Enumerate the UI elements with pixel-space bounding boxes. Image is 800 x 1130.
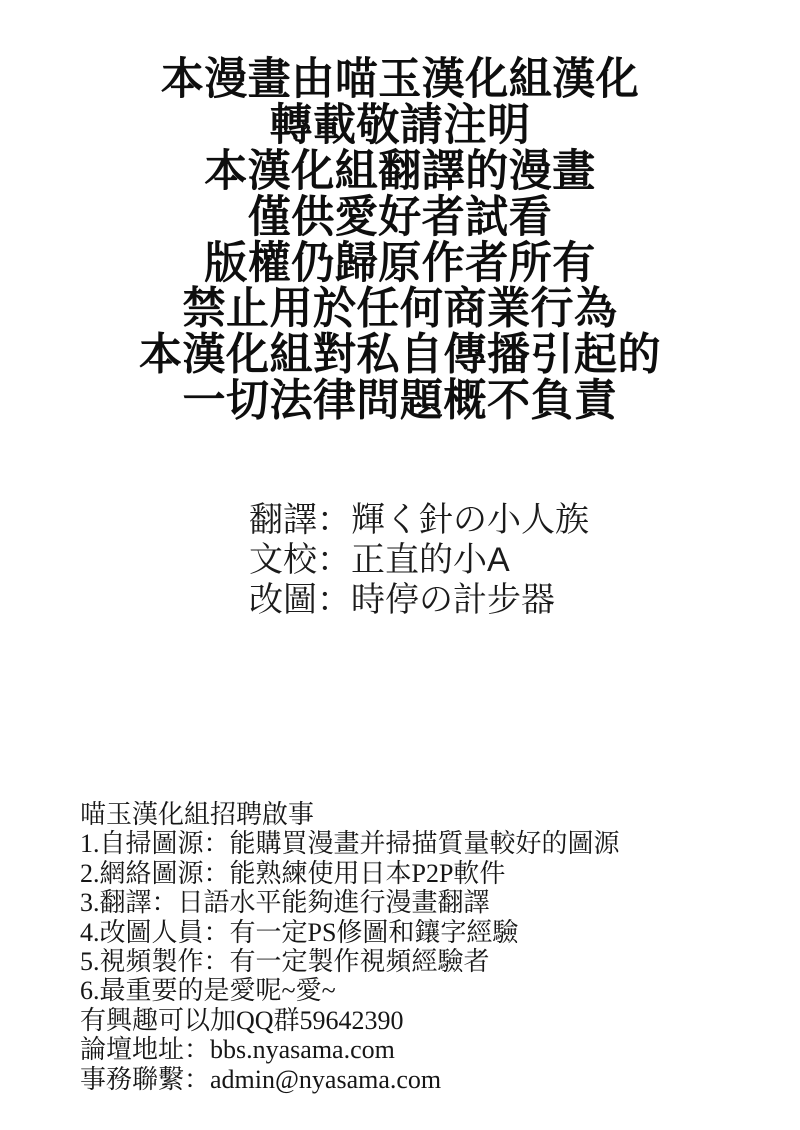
recruitment-title: 喵玉漢化組招聘啟事 bbox=[80, 800, 620, 829]
credit-line-proofreader: 文校：正直的小A bbox=[249, 540, 589, 580]
credit-line-editor: 改圖：時停の計步器 bbox=[249, 580, 589, 620]
notice-line: 一切法律問題概不負責 bbox=[0, 378, 800, 424]
recruitment-item: 2.網絡圖源：能熟練使用日本P2P軟件 bbox=[80, 859, 620, 888]
contact-forum-address: 論壇地址：bbs.nyasama.com bbox=[80, 1035, 620, 1064]
credit-line-translator: 翻譯：輝く針の小人族 bbox=[249, 500, 589, 540]
notice-line: 本漫畫由喵玉漢化組漢化 bbox=[0, 57, 800, 103]
recruitment-item: 4.改圖人員：有一定PS修圖和鑲字經驗 bbox=[80, 918, 620, 947]
notice-line: 版權仍歸原作者所有 bbox=[0, 241, 800, 287]
recruitment-item: 6.最重要的是愛呢~愛~ bbox=[80, 976, 620, 1005]
copyright-notice: 本漫畫由喵玉漢化組漢化 轉載敬請注明 本漢化組翻譯的漫畫 僅供愛好者試看 版權仍… bbox=[0, 57, 800, 424]
recruitment-item: 5.視頻製作：有一定製作視頻經驗者 bbox=[80, 947, 620, 976]
notice-line: 本漢化組對私自傳播引起的 bbox=[0, 332, 800, 378]
recruitment-item: 3.翻譯：日語水平能夠進行漫畫翻譯 bbox=[80, 888, 620, 917]
notice-line: 轉載敬請注明 bbox=[0, 103, 800, 149]
recruitment-item: 1.自掃圖源：能購買漫畫并掃描質量較好的圖源 bbox=[80, 829, 620, 858]
staff-credits: 翻譯：輝く針の小人族 文校：正直的小A 改圖：時停の計步器 bbox=[249, 500, 589, 620]
notice-line: 本漢化組翻譯的漫畫 bbox=[0, 149, 800, 195]
credits-page: 本漫畫由喵玉漢化組漢化 轉載敬請注明 本漢化組翻譯的漫畫 僅供愛好者試看 版權仍… bbox=[0, 0, 800, 1130]
contact-qq-group: 有興趣可以加QQ群59642390 bbox=[80, 1006, 620, 1035]
contact-admin-email: 事務聯繫：admin@nyasama.com bbox=[80, 1065, 620, 1094]
notice-line: 禁止用於任何商業行為 bbox=[0, 287, 800, 333]
notice-line: 僅供愛好者試看 bbox=[0, 195, 800, 241]
recruitment-notice: 喵玉漢化組招聘啟事 1.自掃圖源：能購買漫畫并掃描質量較好的圖源 2.網絡圖源：… bbox=[80, 800, 620, 1094]
